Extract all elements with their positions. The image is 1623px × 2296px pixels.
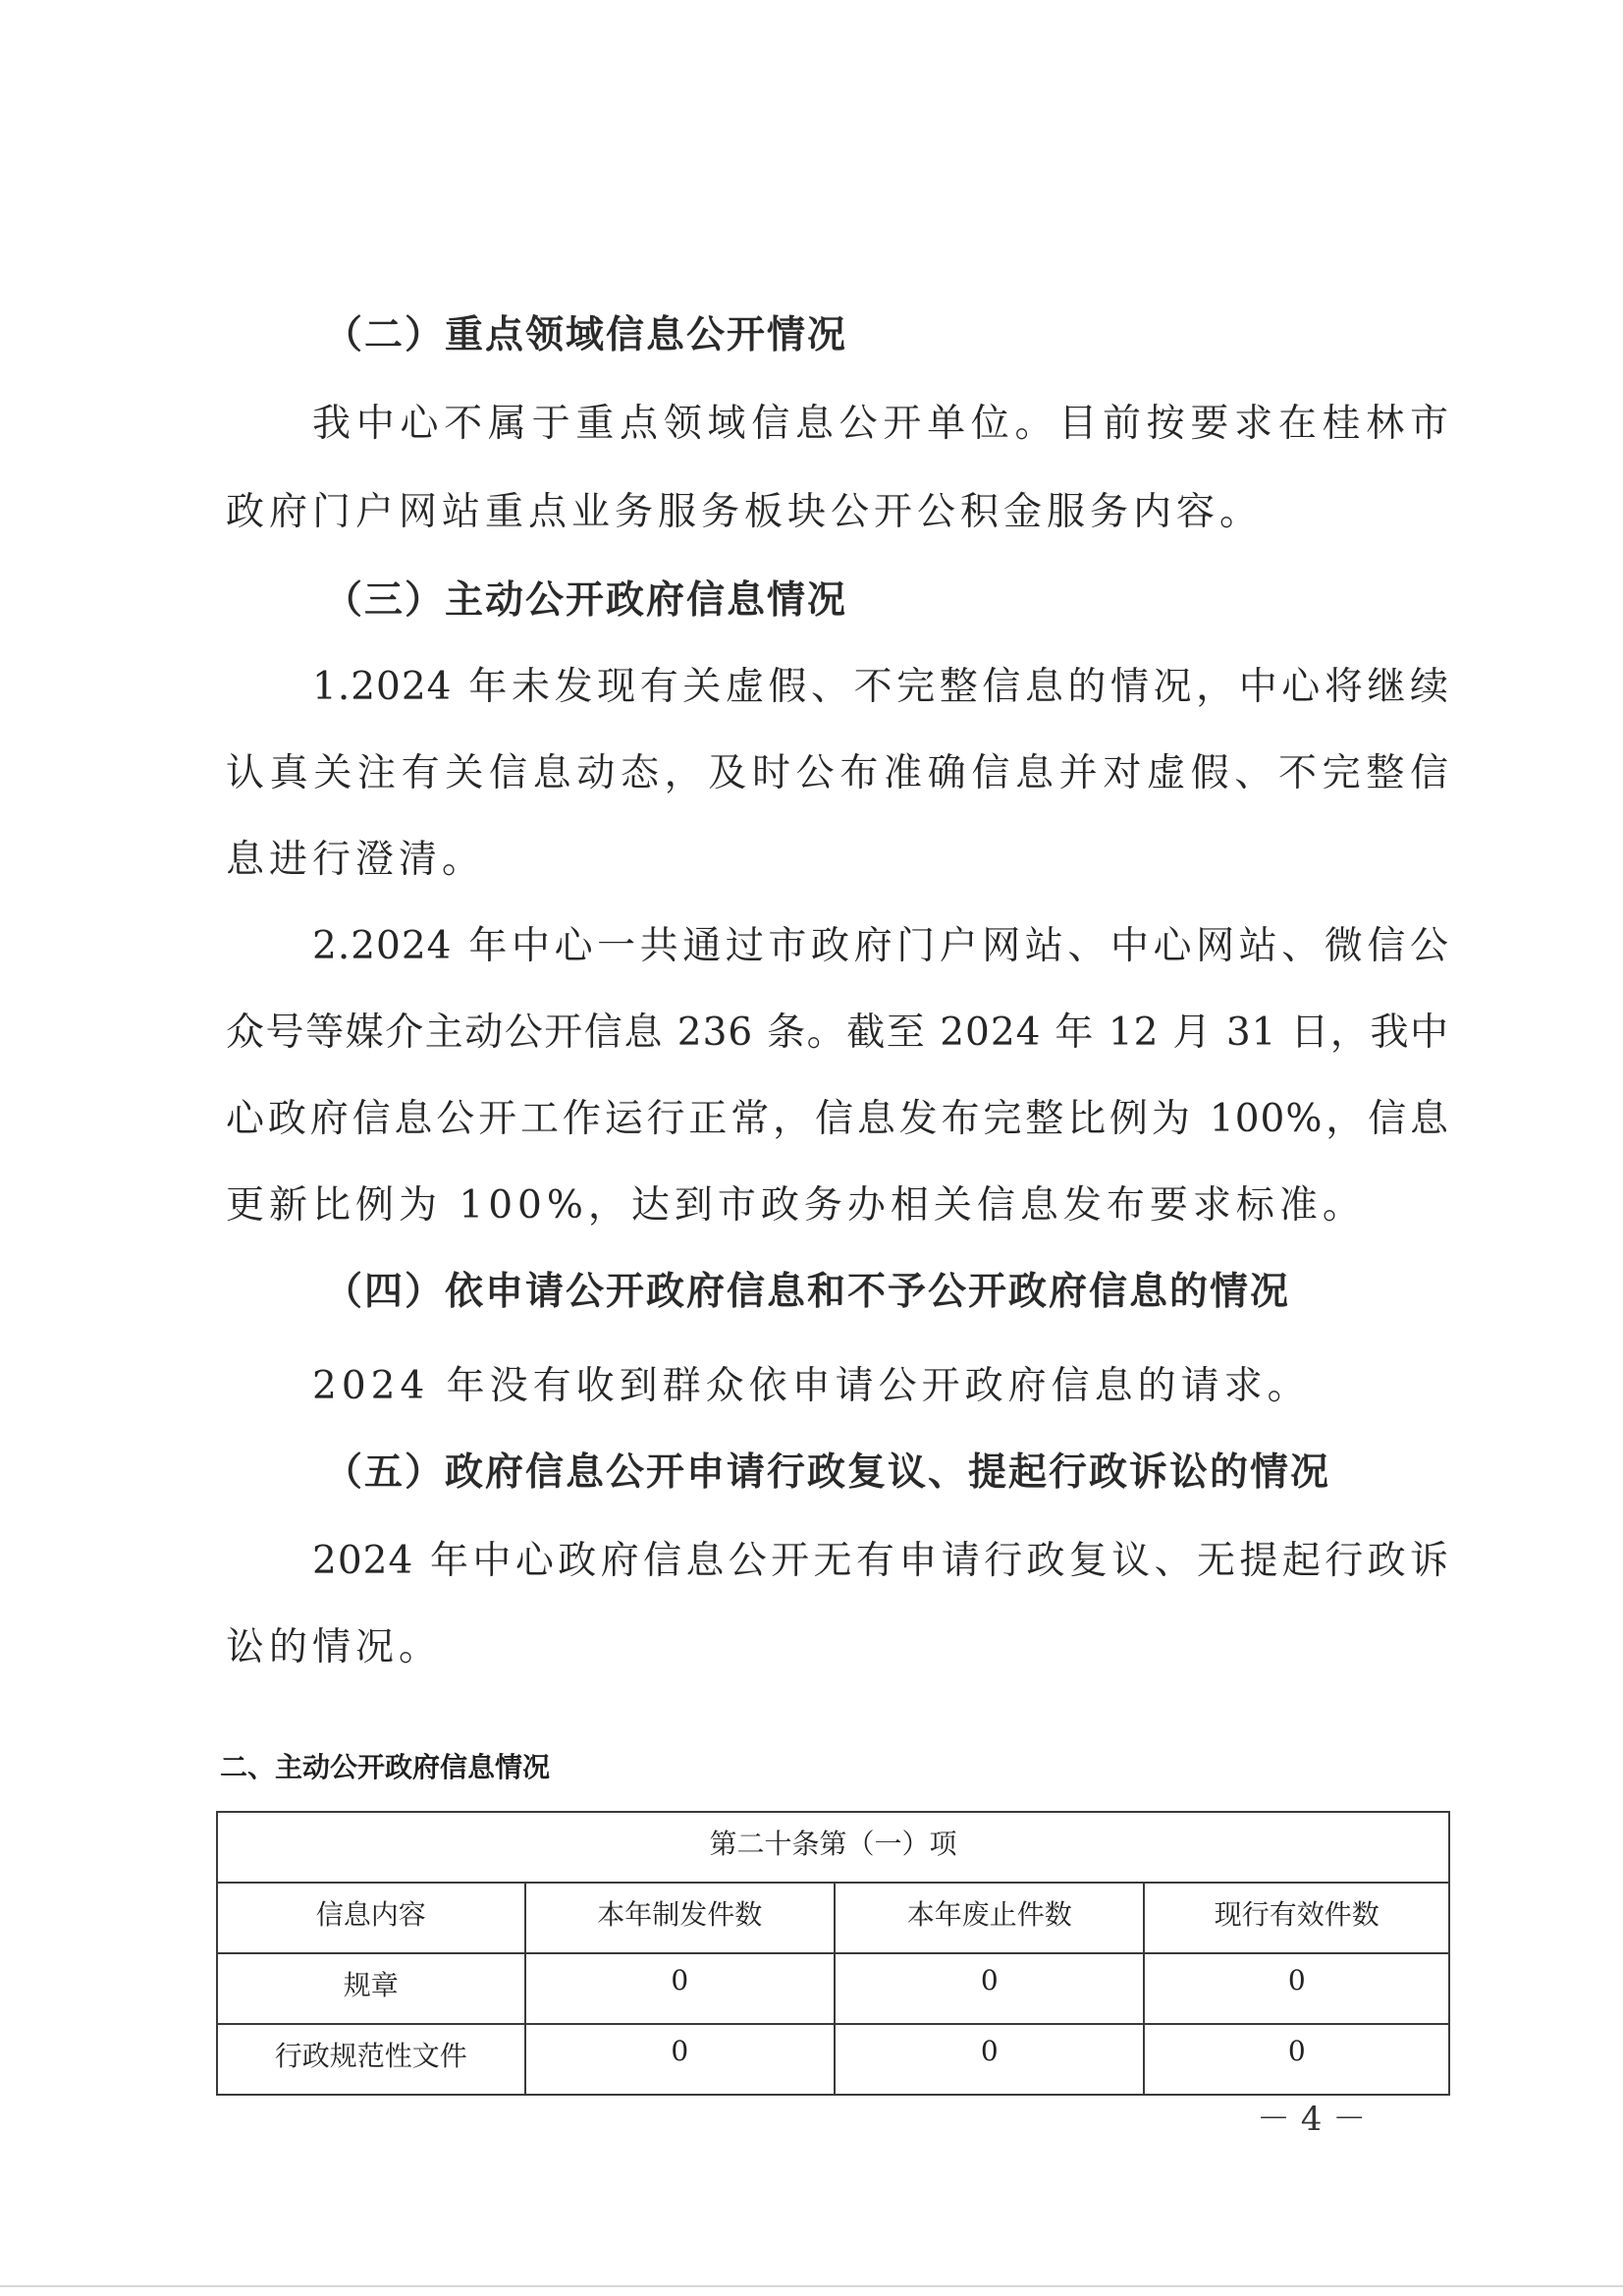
- column-header: 本年制发件数: [525, 1883, 835, 1953]
- table-header-row: 信息内容 本年制发件数 本年废止件数 现行有效件数: [217, 1883, 1449, 1953]
- table-cell: 0: [525, 1953, 835, 2024]
- paragraph-line: 2024 年中心政府信息公开无有申请行政复议、无提起行政诉: [312, 1537, 1449, 1586]
- table-cell: 0: [835, 1953, 1144, 2024]
- column-header: 现行有效件数: [1144, 1883, 1449, 1953]
- table-cell: 0: [1144, 2024, 1449, 2095]
- paragraph-line: 政府门户网站重点业务服务板块公开公积金服务内容。: [226, 488, 1449, 537]
- table-row: 规章 0 0 0: [217, 1953, 1449, 2024]
- table-cell: 0: [1144, 1953, 1449, 2024]
- paragraph-line: 我中心不属于重点领域信息公开单位。目前按要求在桂林市: [312, 400, 1449, 449]
- paragraph-line: 认真关注有关信息动态，及时公布准确信息并对虚假、不完整信: [226, 749, 1449, 798]
- paragraph-line: 2024 年没有收到群众依申请公开政府信息的请求。: [312, 1362, 1449, 1411]
- section-heading-3: （三）主动公开政府信息情况: [324, 576, 847, 626]
- table-section-title: 二、主动公开政府信息情况: [220, 1750, 550, 1785]
- paragraph-line: 更新比例为 100%，达到市政务办相关信息发布要求标准。: [226, 1181, 1449, 1230]
- table-cell: 行政规范性文件: [217, 2024, 525, 2095]
- page-number: － 4 －: [1257, 2100, 1355, 2139]
- table-row: 行政规范性文件 0 0 0: [217, 2024, 1449, 2095]
- scan-edge-divider: [0, 2285, 1623, 2287]
- table-caption: 第二十条第（一）项: [217, 1812, 1449, 1883]
- paragraph-line: 2.2024 年中心一共通过市政府门户网站、中心网站、微信公: [312, 922, 1449, 971]
- paragraph-line: 息进行澄清。: [226, 836, 1449, 885]
- table-caption-row: 第二十条第（一）项: [217, 1812, 1449, 1883]
- paragraph-line: 讼的情况。: [226, 1623, 1449, 1672]
- section-heading-2: （二）重点领域信息公开情况: [324, 311, 847, 360]
- disclosure-table: 第二十条第（一）项 信息内容 本年制发件数 本年废止件数 现行有效件数 规章 0…: [216, 1811, 1450, 2096]
- paragraph-line: 心政府信息公开工作运行正常，信息发布完整比例为 100%，信息: [226, 1095, 1449, 1144]
- table-cell: 规章: [217, 1953, 525, 2024]
- table-cell: 0: [525, 2024, 835, 2095]
- section-heading-4: （四）依申请公开政府信息和不予公开政府信息的情况: [324, 1268, 1290, 1317]
- column-header: 信息内容: [217, 1883, 525, 1953]
- paragraph-line: 众号等媒介主动公开信息 236 条。截至 2024 年 12 月 31 日，我中: [226, 1009, 1449, 1058]
- table-cell: 0: [835, 2024, 1144, 2095]
- paragraph-line: 1.2024 年未发现有关虚假、不完整信息的情况，中心将继续: [312, 663, 1449, 712]
- column-header: 本年废止件数: [835, 1883, 1144, 1953]
- section-heading-5: （五）政府信息公开申请行政复议、提起行政诉讼的情况: [324, 1449, 1330, 1498]
